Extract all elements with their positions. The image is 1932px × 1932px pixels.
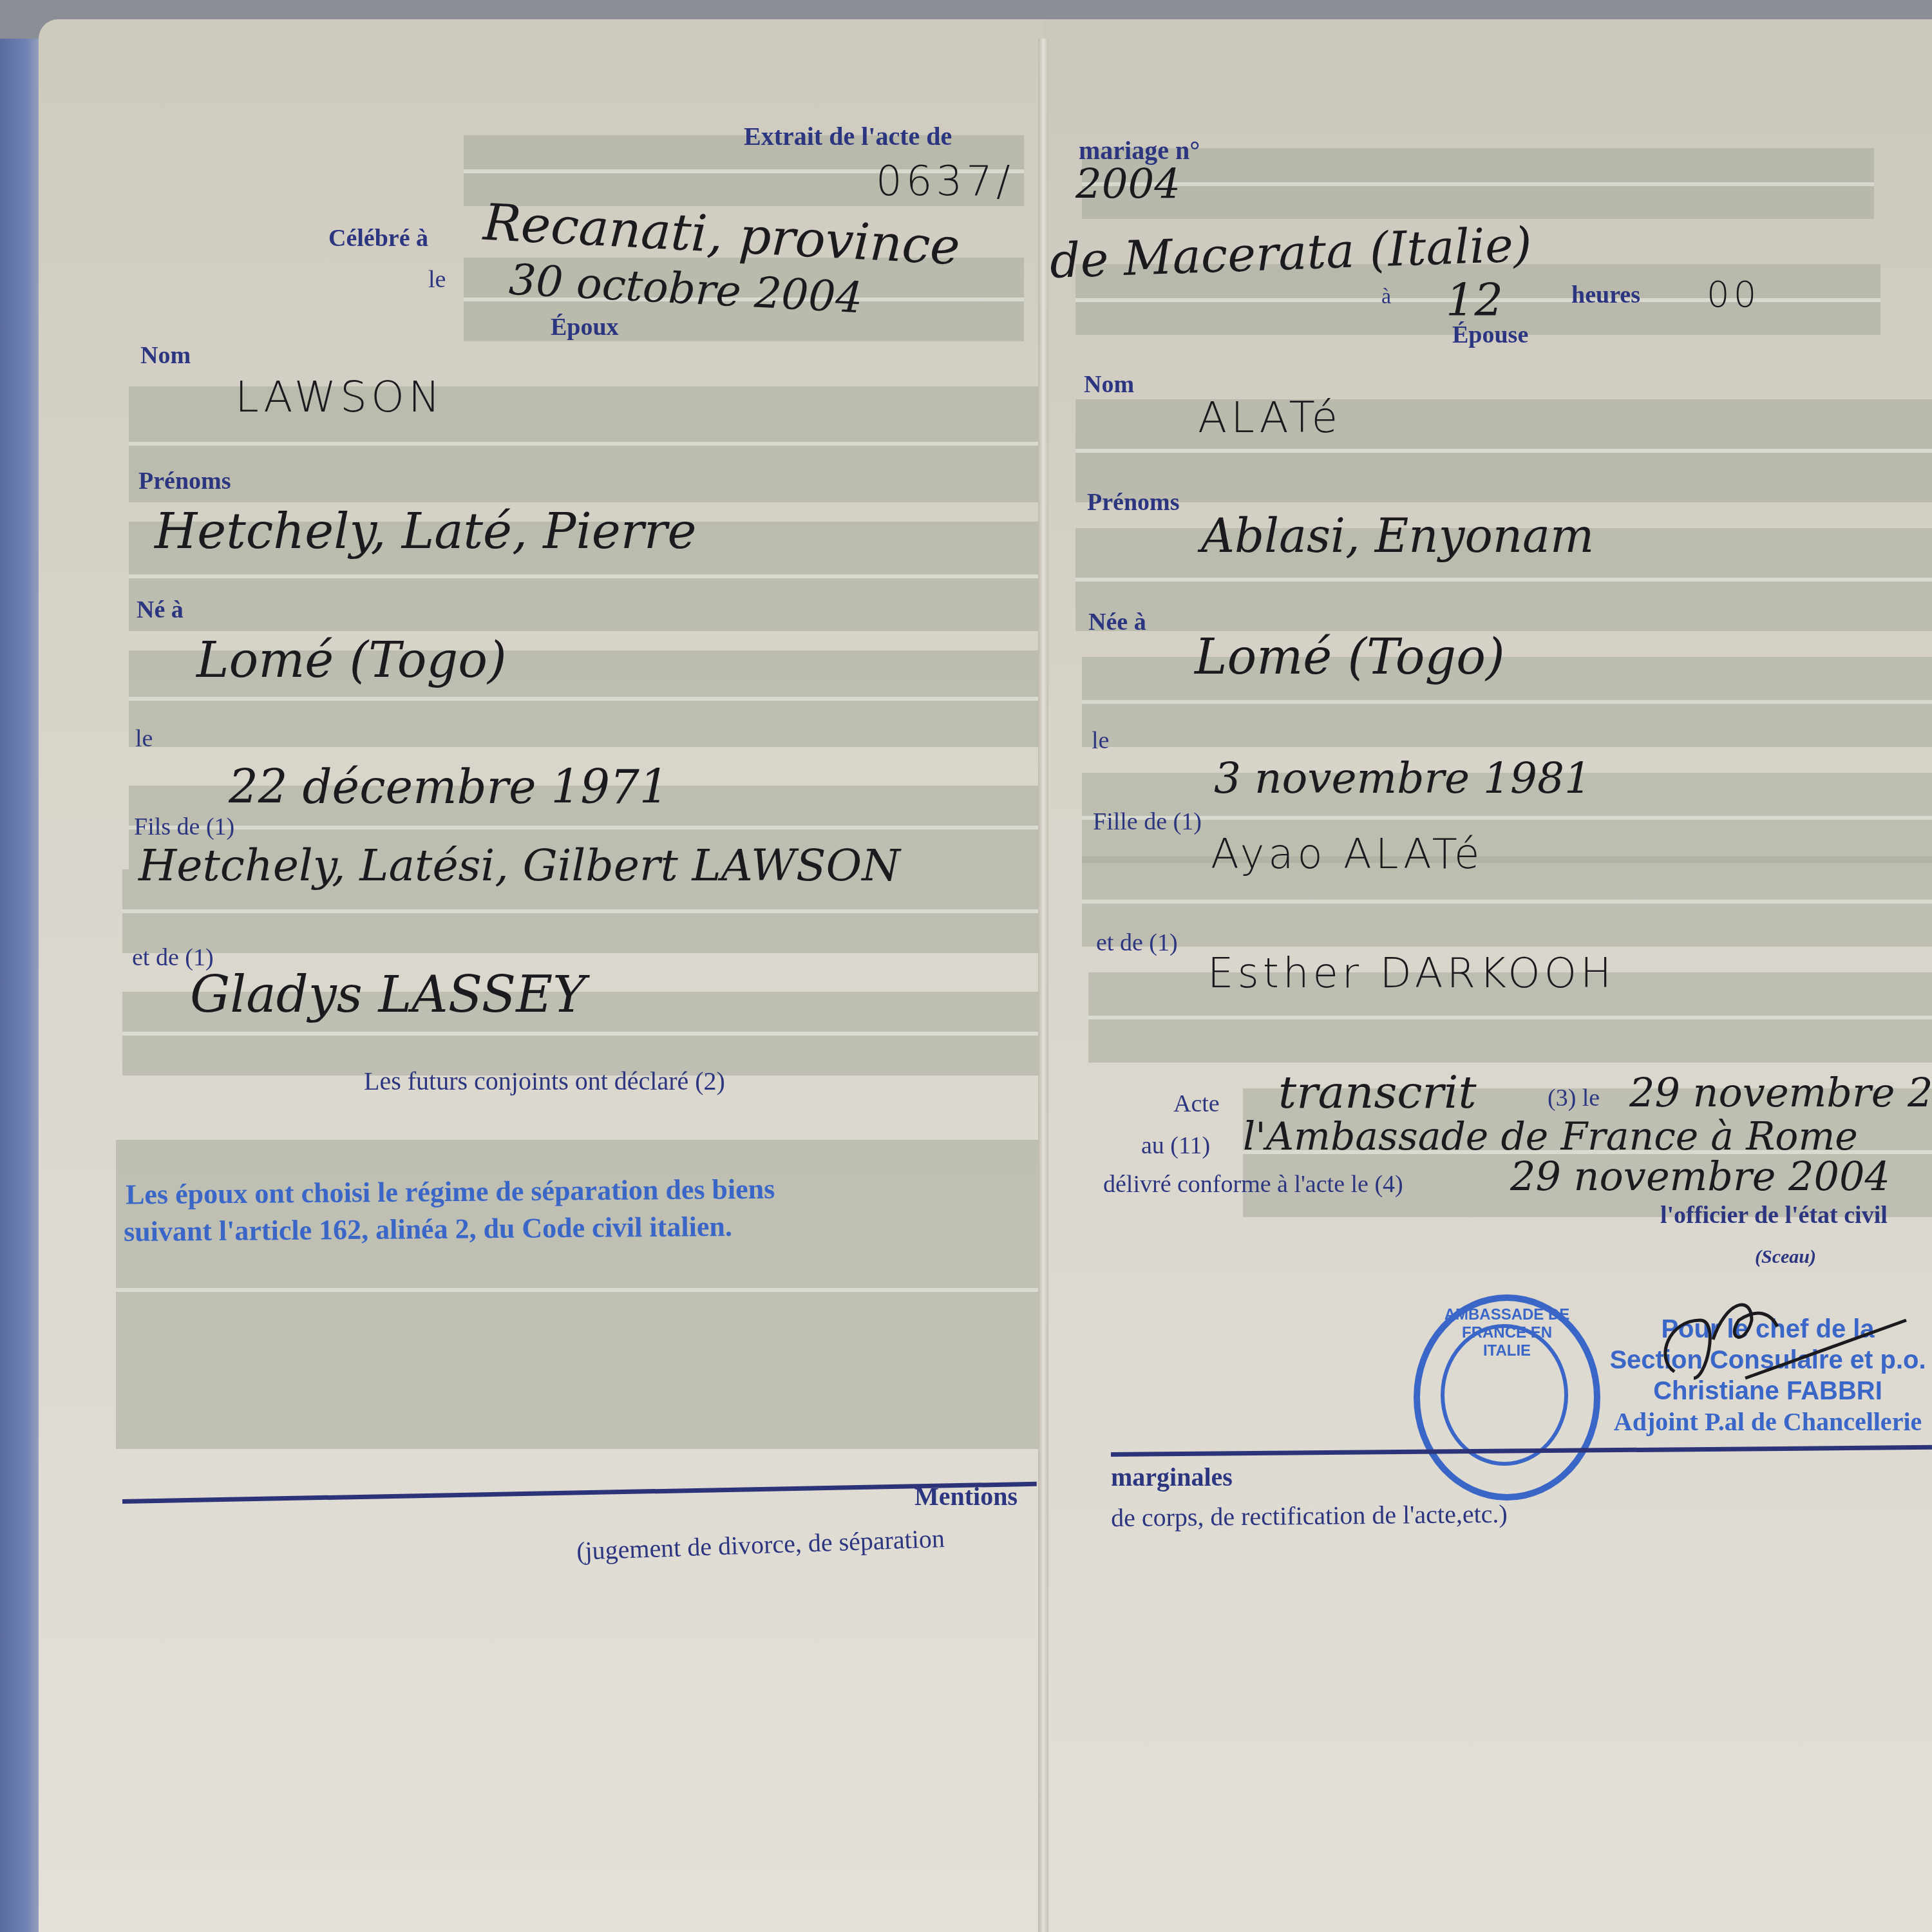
epouse-et-de-label: et de (1)	[1096, 929, 1178, 957]
epouse-nee-a: Lomé (Togo)	[1195, 628, 1505, 685]
date-label: le	[428, 265, 446, 294]
stamp-line4: Adjoint P.al de Chancellerie	[1607, 1406, 1929, 1437]
officer-signature	[1649, 1282, 1919, 1391]
mentions-title-left: Mentions	[914, 1481, 1018, 1511]
le3-value: 29 novembre 2004	[1629, 1069, 1932, 1116]
hour-value: 12	[1446, 274, 1503, 327]
fille-de-label: Fille de (1)	[1093, 808, 1202, 836]
epouse-pere: Ayao ALATé	[1211, 831, 1483, 878]
epoux-prenoms-label: Prénoms	[138, 467, 231, 495]
act-number: 0637/	[876, 158, 1014, 205]
book-gutter	[1038, 39, 1048, 1932]
epouse-nom-label: Nom	[1084, 370, 1134, 399]
acte-value: transcrit	[1278, 1066, 1477, 1119]
acte-label: Acte	[1173, 1090, 1220, 1118]
time-label: à	[1381, 285, 1391, 309]
act-year: 2004	[1075, 161, 1180, 209]
le3-label: (3) le	[1548, 1084, 1600, 1112]
title-left: Extrait de l'acte de	[744, 121, 952, 151]
sceau-label: (Sceau)	[1755, 1246, 1816, 1268]
mentions-sub-right: de corps, de rectification de l'acte,etc…	[1111, 1499, 1508, 1533]
regime-stamp-line1: Les époux ont choisi le régime de sépara…	[126, 1173, 775, 1213]
embassy-seal: AMBASSADE DE FRANCE EN ITALIE	[1414, 1294, 1600, 1501]
epouse-le-label: le	[1092, 726, 1109, 755]
epouse-mere: Esther DARKOOH	[1207, 950, 1615, 998]
epoux-heading: Époux	[551, 313, 619, 341]
au-label: au (11)	[1141, 1132, 1210, 1160]
epouse-nee-a-label: Née à	[1088, 608, 1146, 636]
epouse-heading: Épouse	[1452, 321, 1528, 349]
epoux-ne-a: Lomé (Togo)	[196, 631, 507, 688]
delivre-value: 29 novembre 2004	[1510, 1153, 1890, 1200]
epoux-nom: LAWSON	[235, 372, 444, 422]
epouse-date-naissance: 3 novembre 1981	[1214, 753, 1591, 803]
fille-de-field	[1082, 857, 1932, 947]
minutes-value: 00	[1707, 274, 1760, 316]
fils-de-label: Fils de (1)	[134, 813, 234, 841]
seal-ring-text: AMBASSADE DE FRANCE EN ITALIE	[1439, 1306, 1575, 1360]
epoux-mere: Gladys LASSEY	[190, 966, 586, 1024]
place-label: Célébré à	[328, 224, 428, 252]
officier-label: l'officier de l'état civil	[1660, 1201, 1888, 1229]
epoux-ne-a-label: Né à	[137, 596, 184, 624]
regime-stamp-line2: suivant l'article 162, alinéa 2, du Code…	[124, 1210, 732, 1249]
year-field	[1082, 148, 1874, 219]
delivre-label: délivré conforme à l'acte le (4)	[1103, 1170, 1403, 1198]
epouse-prenoms: Ablasi, Enyonam	[1201, 509, 1594, 563]
hours-label: heures	[1571, 281, 1640, 309]
epoux-nom-label: Nom	[140, 341, 191, 370]
epouse-nom: ALATé	[1198, 393, 1341, 442]
epoux-date-naissance: 22 décembre 1971	[229, 760, 669, 814]
epouse-prenoms-label: Prénoms	[1087, 488, 1180, 516]
declaration-label: Les futurs conjoints ont déclaré (2)	[364, 1066, 725, 1096]
mentions-title-right: marginales	[1111, 1462, 1233, 1492]
epoux-le-label: le	[135, 724, 153, 753]
epoux-prenoms: Hetchely, Laté, Pierre	[155, 502, 696, 560]
epoux-pere: Hetchely, Latési, Gilbert LAWSON	[138, 840, 900, 891]
